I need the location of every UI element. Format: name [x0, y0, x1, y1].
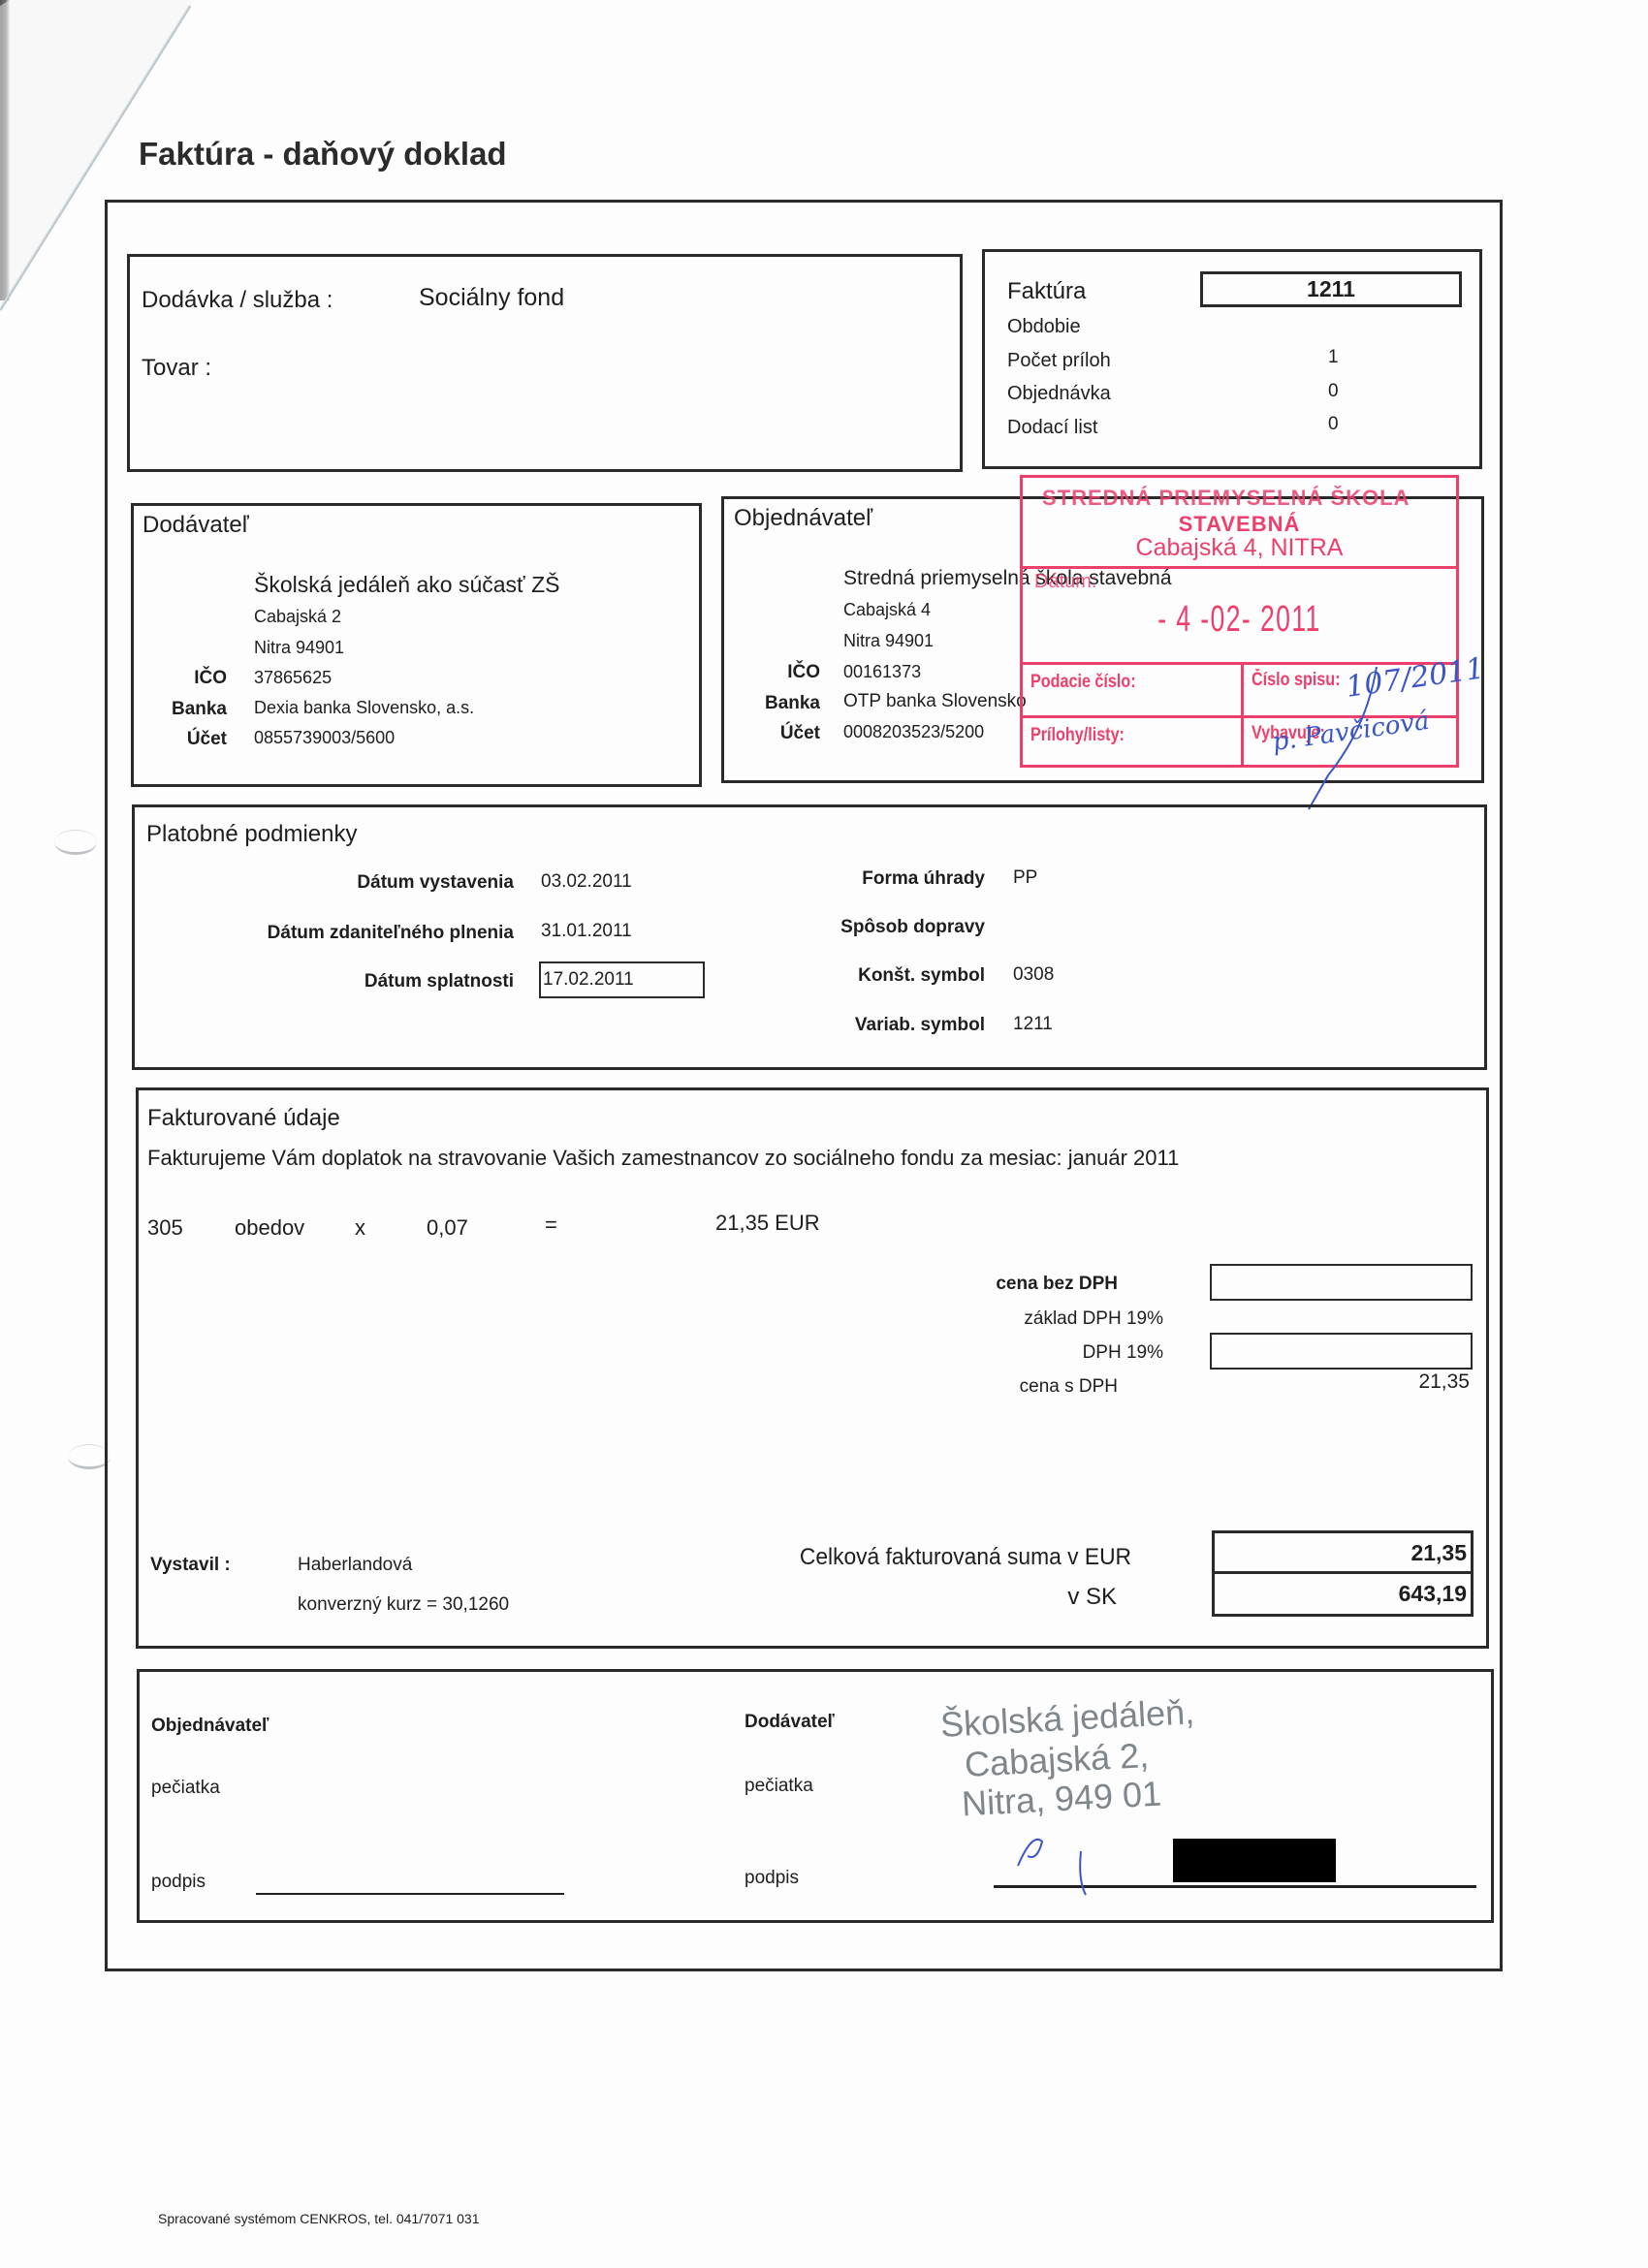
supplier-sign-label: podpis — [745, 1868, 799, 1889]
supplier-heading: Dodávateľ — [143, 512, 249, 539]
stamp-date: - 4 -02- 2011 — [1088, 599, 1391, 641]
delivery-note-label: Dodací list — [1007, 417, 1097, 439]
customer-sign-label: podpis — [151, 1872, 206, 1893]
price-with-vat: 21,35 — [1260, 1370, 1470, 1394]
supplier-account: 0855739003/5600 — [254, 728, 395, 748]
handwritten-pen-stroke — [1260, 659, 1396, 814]
taxable-date-label: Dátum zdaniteľného plnenia — [223, 923, 514, 944]
price-without-vat-field — [1210, 1264, 1473, 1301]
line-total: 21,35 EUR — [715, 1211, 820, 1236]
attachments-value: 1 — [1328, 347, 1339, 368]
issued-by: Haberlandová — [298, 1555, 412, 1576]
line-price: 0,07 — [427, 1215, 468, 1241]
delivery-note-value: 0 — [1328, 414, 1339, 435]
price-with-vat-label: cena s DPH — [872, 1376, 1118, 1398]
stamp-attachments-label: Prílohy/listy: — [1030, 725, 1125, 746]
line-times: x — [355, 1215, 365, 1241]
customer-sign-heading: Objednávateľ — [151, 1716, 269, 1737]
supplier-account-label: Účet — [136, 729, 227, 750]
due-date: 17.02.2011 — [543, 969, 634, 991]
redacted-signature — [1173, 1839, 1336, 1882]
line-equals: = — [545, 1213, 557, 1238]
goods-label: Tovar : — [142, 355, 211, 382]
billing-heading: Fakturované údaje — [147, 1105, 340, 1132]
customer-bank-label: Banka — [737, 693, 820, 714]
customer-stamp-label: pečiatka — [151, 1778, 220, 1799]
conversion-rate: konverzný kurz = 30,1260 — [298, 1594, 509, 1616]
total-sk-field: 643,19 — [1212, 1571, 1474, 1617]
supplier-bank-label: Banka — [136, 699, 227, 720]
customer-heading: Objednávateľ — [734, 505, 872, 532]
stamp-date-label: Dátum: — [1034, 571, 1096, 593]
issue-date: 03.02.2011 — [541, 871, 632, 893]
document-title: Faktúra - daňový doklad — [139, 136, 507, 173]
issue-date-label: Dátum vystavenia — [223, 872, 514, 894]
constant-symbol: 0308 — [1013, 964, 1054, 986]
shipping-method-label: Spôsob dopravy — [776, 917, 985, 938]
vat-base-label: základ DPH 19% — [872, 1308, 1163, 1330]
due-date-label: Dátum splatnosti — [223, 971, 514, 992]
stamp-filing-no-label: Podacie číslo: — [1030, 672, 1136, 693]
total-eur-label: Celková fakturovaná suma v EUR — [701, 1544, 1131, 1571]
order-label: Objednávka — [1007, 383, 1111, 405]
supplier-signature-scribble — [1008, 1822, 1163, 1900]
supplier-stamp-label: pečiatka — [745, 1776, 813, 1797]
variable-symbol-label: Variab. symbol — [776, 1015, 985, 1036]
supplier-ico-label: IČO — [155, 668, 227, 689]
taxable-date: 31.01.2011 — [541, 921, 632, 942]
payment-method-label: Forma úhrady — [776, 868, 985, 890]
customer-bank: OTP banka Slovensko — [843, 691, 1027, 712]
supplier-city: Nitra 94901 — [254, 638, 344, 658]
total-sk: 643,19 — [1215, 1574, 1471, 1613]
period-label: Obdobie — [1007, 316, 1081, 338]
invoice-number: 1211 — [1203, 274, 1459, 304]
customer-ico-label: IČO — [737, 662, 820, 683]
constant-symbol-label: Konšt. symbol — [776, 965, 985, 987]
line-unit: obedov — [235, 1215, 304, 1241]
issued-by-label: Vystavil : — [150, 1555, 231, 1576]
supplier-sign-heading: Dodávateľ — [745, 1712, 835, 1733]
total-eur-field: 21,35 — [1212, 1530, 1474, 1574]
footer-note: Spracované systémom CENKROS, tel. 041/70… — [158, 2211, 480, 2226]
invoice-label: Faktúra — [1007, 278, 1086, 305]
customer-account-label: Účet — [737, 723, 820, 744]
vat-label: DPH 19% — [872, 1342, 1163, 1364]
line-qty: 305 — [147, 1215, 183, 1241]
stamp-line3: Cabajská 4, NITRA — [1023, 534, 1456, 562]
invoice-number-field: 1211 — [1200, 271, 1462, 307]
supplier-ico: 37865625 — [254, 668, 332, 688]
stamp-line1: STREDNÁ PRIEMYSELNÁ ŠKOLA — [1042, 486, 1410, 511]
service-value: Sociálny fond — [419, 284, 564, 312]
payment-method: PP — [1013, 867, 1037, 889]
supplier-street: Cabajská 2 — [254, 607, 341, 627]
billing-description: Fakturujeme Vám doplatok na stravovanie … — [147, 1146, 1179, 1171]
total-sk-label: v SK — [872, 1584, 1117, 1611]
variable-symbol: 1211 — [1013, 1014, 1053, 1035]
order-value: 0 — [1328, 381, 1339, 402]
supplier-bank: Dexia banka Slovensko, a.s. — [254, 698, 474, 718]
attachments-label: Počet príloh — [1007, 350, 1111, 372]
customer-street: Cabajská 4 — [843, 600, 931, 620]
punch-hole-top — [54, 830, 97, 855]
vat-field — [1210, 1333, 1473, 1370]
service-label: Dodávka / služba : — [142, 287, 333, 314]
price-without-vat-label: cena bez DPH — [872, 1274, 1118, 1295]
payment-terms-heading: Platobné podmienky — [146, 821, 357, 848]
supplier-name: Školská jedáleň ako súčasť ZŠ — [254, 572, 559, 598]
customer-account: 0008203523/5200 — [843, 722, 984, 742]
customer-signature-line — [256, 1893, 564, 1895]
total-eur: 21,35 — [1215, 1533, 1471, 1572]
customer-ico: 00161373 — [843, 662, 921, 682]
customer-city: Nitra 94901 — [843, 631, 934, 651]
